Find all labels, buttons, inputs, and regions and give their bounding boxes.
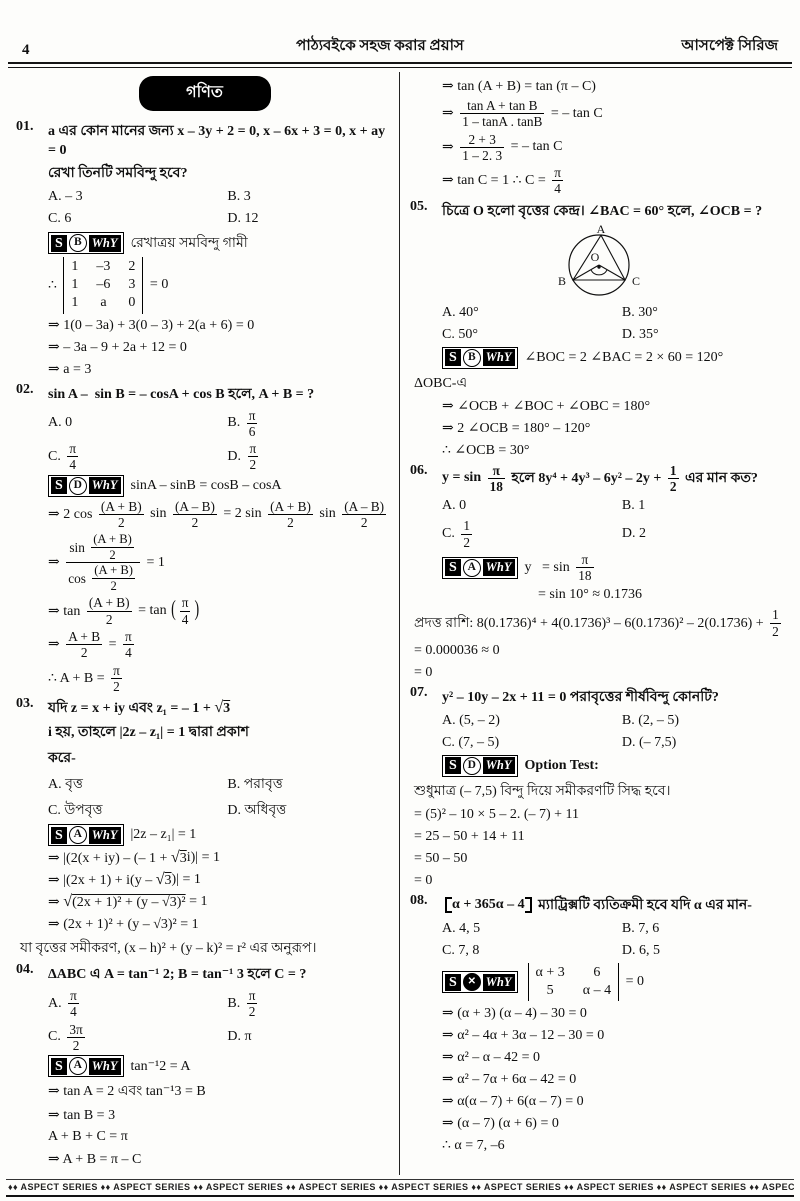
question-line: 07.y² – 10y – 2x + 11 = 0 পরাবৃত্তের শীর… [410, 685, 788, 709]
option-cell: A. (5, – 2) [442, 713, 622, 729]
book-page: 4 পাঠ্যবইকে সহজ করার প্রয়াস আসপেক্ট সির… [0, 0, 800, 1201]
solution-line: SBWhYরেখাত্রয় সমবিন্দু গামী [48, 231, 393, 255]
fraction: (A + B)2 [91, 532, 134, 562]
big-paren: ( [171, 599, 176, 624]
text-run: ⇒ – 3a – 9 + 2a + 12 = 0 [48, 339, 187, 356]
denominator: 2 [92, 578, 135, 594]
text-run: π [113, 663, 120, 678]
text-run: B. (2, – 5) [622, 713, 679, 729]
badge-s-label: S [51, 827, 67, 844]
text-run: 2 [361, 515, 368, 530]
left-column: গণিত01.a এর কোন মানের জন্য x – 3y + 2 = … [6, 72, 400, 1175]
text-run: 18 [578, 568, 591, 583]
radicand: (2x + 1)² + (y – √3)² [72, 895, 186, 911]
badge-why-label: WhY [483, 559, 515, 576]
text-run: i হয়, তাহলে |2z – z₁| = 1 দ্বারা প্রকাশ [48, 720, 249, 744]
question-text: α + 365α – 4 ম্যাট্রিক্সটি ব্যতিক্রমী হব… [442, 893, 788, 917]
fraction: 12 [770, 607, 781, 639]
text-run: যা বৃত্তের সমীকরণ, (x – h)² + (y – k)² =… [20, 936, 316, 960]
radicand: 3 [223, 701, 230, 717]
math-line: = 50 – 50 [414, 849, 788, 869]
text-run: (A – B) [344, 499, 384, 514]
denominator: 2 [248, 456, 259, 472]
text-run: 2 [73, 1038, 80, 1053]
text-run: 2 [118, 515, 125, 530]
text-run: B. [227, 415, 243, 431]
question-text-continued: রেখা তিনটি সমবিন্দু হবে? [48, 161, 393, 185]
numerator: π [123, 629, 134, 644]
text-run: sinA – sinB = cosB – cosA [131, 478, 282, 494]
math-line: ∴ 1–321–631a0 = 0 [48, 257, 393, 314]
denominator: 1 – 2. 3 [460, 147, 504, 163]
numerator: 3π [67, 1022, 84, 1037]
denominator: 4 [180, 611, 191, 627]
question-text: a এর কোন মানের জন্য x – 3y + 2 = 0, x – … [48, 119, 393, 159]
badge-s-label: S [51, 235, 67, 252]
text-run: a এর কোন মানের জন্য x – 3y + 2 = 0, x – … [48, 119, 393, 159]
question-number: 01. [16, 119, 48, 135]
radical-icon: √ [171, 849, 180, 867]
text-run: C. 50° [442, 327, 478, 343]
math-line: ⇒ ∠OCB + ∠BOC + ∠OBC = 180° [442, 397, 788, 417]
options-row: C. 7, 8D. 6, 5 [442, 941, 788, 961]
text-run: B. [227, 996, 243, 1012]
text-run: ⇒ [48, 894, 63, 911]
fraction: π18 [488, 463, 505, 495]
math-line: ⇒ α² – 4α + 3α – 12 – 30 = 0 [442, 1025, 788, 1045]
denominator: 2 [66, 644, 102, 660]
text-run: 2 [192, 515, 199, 530]
math-line: ⇒ tan (A + B)2 = tan (π4) [48, 595, 393, 627]
fraction: sin (A + B)2cos (A + B)2 [66, 532, 140, 593]
question-line: 01.a এর কোন মানের জন্য x – 3y + 2 = 0, x… [16, 119, 393, 159]
matrix-cell: 6 [583, 964, 611, 982]
option-cell: B. π2 [227, 988, 393, 1020]
text-run: 4 [69, 457, 76, 472]
text-run: 3π [69, 1022, 82, 1037]
question-line: 03.যদি z = x + iy এবং z₁ = – 1 + √3i হয়… [16, 696, 393, 744]
text-run: প্রদত্ত রাশি: 8(0.1736)⁴ + 4(0.1736)³ – … [414, 611, 767, 635]
option-cell: C. 12 [442, 518, 622, 550]
matrix-cell: 1 [71, 258, 78, 276]
figure-label-B: B [558, 274, 566, 288]
text-run: করে- [48, 746, 76, 770]
question-line: 06.y = sin π18 হলে 8y⁴ + 4y³ – 6y² – 2y … [410, 463, 788, 495]
text-run: π [125, 629, 132, 644]
badge-s-label: S [445, 974, 461, 991]
option-cell: C. 6 [48, 211, 227, 227]
matrix-cell: 1 [71, 294, 78, 312]
text-run: 4 [125, 645, 132, 660]
math-line: ΔOBC-এ [414, 371, 788, 395]
radical-icon: √ [156, 871, 165, 889]
denominator: 2 [247, 1003, 258, 1019]
text-run: 2 [81, 645, 88, 660]
math-line: ⇒ A + B2 = π4 [48, 629, 393, 661]
solution-text: sinA – sinB = cosB – cosA [131, 478, 282, 494]
math-line: ∴ α = 7, –6 [442, 1135, 788, 1155]
fraction: (A + B)2 [92, 563, 135, 593]
badge-why-label: WhY [483, 974, 515, 991]
text-run: B. 7, 6 [622, 921, 659, 937]
text-run: |2z – z₁| = 1 [131, 827, 197, 843]
text-run: যদি z = x + iy এবং z₁ = – 1 + [48, 696, 214, 720]
fraction: π4 [123, 629, 134, 661]
header-center-title: পাঠ্যবইকে সহজ করার প্রয়াস [142, 34, 618, 59]
answer-letter: B [463, 349, 481, 367]
text-run: π [249, 408, 256, 423]
text-run: B. 1 [622, 498, 645, 514]
determinant: α + 365α – 4 [528, 963, 620, 1001]
fraction: tan A + tan B1 – tanA . tanB [460, 98, 544, 130]
text-run: 2 [113, 679, 120, 694]
matrix-cell: 0 [128, 294, 135, 312]
numerator: 2 + 3 [460, 132, 504, 147]
text-run: = – tan C [507, 139, 562, 155]
big-paren: ) [194, 599, 199, 624]
solution-text: tan⁻¹2 = A [131, 1058, 191, 1075]
text-run: π [250, 441, 257, 456]
text-run: 3 [165, 873, 172, 888]
text-run: ⇒ [48, 554, 63, 571]
math-line: = 0.000036 ≈ 0 [414, 641, 788, 661]
square-root: √3 [171, 849, 187, 867]
solution-line: SDWhYOption Test: [442, 755, 788, 777]
solution-text: |2z – z₁| = 1 [131, 827, 197, 843]
text-run: π [70, 988, 77, 1003]
math-line: ⇒ α² – α – 42 = 0 [442, 1047, 788, 1067]
figure-label-C: C [632, 274, 640, 288]
text-run: 3 [180, 851, 187, 866]
numerator: tan A + tan B [460, 98, 544, 113]
text-run: ⇒ [442, 105, 457, 122]
question-text-continued: করে- [48, 746, 393, 770]
matrix-cell: a [96, 294, 110, 312]
text-run: ⇒ |(2x + 1) + i(y – [48, 872, 156, 889]
text-run: ⇒ tan (A + B) = tan (π – C) [442, 78, 596, 95]
numerator: 1 [668, 463, 679, 478]
solution-line: SAWhY|2z – z₁| = 1 [48, 824, 393, 846]
solution-text: α + 365α – 4 = 0 [525, 963, 644, 1001]
math-line: ⇒ tan (A + B) = tan (π – C) [442, 76, 788, 96]
text-run: ⇒ ∠OCB + ∠BOC + ∠OBC = 180° [442, 398, 650, 415]
math-line: ⇒ |(2x + 1) + i(y – √3)| = 1 [48, 870, 393, 890]
math-line: প্রদত্ত রাশি: 8(0.1736)⁴ + 4(0.1736)³ – … [414, 607, 788, 639]
text-run: রেখাত্রয় সমবিন্দু গামী [131, 231, 248, 255]
options-row: A. বৃত্তB. পরাবৃত্ত [48, 772, 393, 796]
numerator: sin (A + B)2 [66, 532, 140, 562]
option-cell: B. পরাবৃত্ত [227, 772, 393, 796]
math-line: ⇒ |(2(x + iy) – (– 1 + √3i)| = 1 [48, 848, 393, 868]
page-number: 4 [22, 42, 142, 59]
text-run: ⇒ [442, 139, 457, 156]
numerator: π [111, 663, 122, 678]
text-run: ΔOBC-এ [414, 371, 467, 395]
question-text: চিত্রে O হলো বৃত্তের কেন্দ্র। ∠BAC = 60°… [442, 199, 788, 223]
text-run: y² – 10y – 2x + 11 = 0 পরাবৃত্তের শীর্ষব… [442, 685, 719, 709]
question-number: 02. [16, 382, 48, 398]
numerator: π [248, 441, 259, 456]
options-row: C. 12D. 2 [442, 518, 788, 550]
matrix-cell: 1 [71, 276, 78, 294]
text-run: 3 [223, 701, 230, 716]
option-cell: D. অধিবৃত্ত [227, 798, 393, 822]
solution-badge: SAWhY [442, 557, 518, 579]
math-line: ⇒ 2 + 31 – 2. 3 = – tan C [442, 132, 788, 164]
text-run: ম্যাট্রিক্সটি ব্যতিক্রমী হবে যদি α এর মা… [535, 893, 752, 917]
text-run: D. π [227, 1029, 251, 1045]
mat-grid: α + 365α – 4 [452, 897, 525, 913]
text-run: হলে 8y⁴ + 4y³ – 6y² – 2y + [508, 466, 665, 490]
math-line: ⇒ (α + 3) (α – 4) – 30 = 0 [442, 1003, 788, 1023]
denominator: 2 [342, 514, 386, 530]
text-run: ⇒ α(α – 7) + 6(α – 7) = 0 [442, 1093, 584, 1110]
text-run: = 0 [414, 665, 432, 681]
text-run: ∴ ∠OCB = 30° [442, 442, 529, 459]
text-run: (A + B) [101, 499, 142, 514]
numerator: (A + B) [91, 532, 134, 547]
matrix-cell: –6 [96, 276, 110, 294]
numerator: (A – B) [173, 499, 217, 514]
option-cell: C. উপবৃত্ত [48, 798, 227, 822]
text-run: 4 [182, 612, 189, 627]
math-line: ⇒ tan B = 3 [48, 1105, 393, 1125]
determinant-bar [618, 963, 619, 1001]
text-run: = 0 [622, 974, 644, 990]
matrix-cell: α – 4 [496, 897, 525, 912]
matrix-cell: 3 [128, 276, 135, 294]
matrix-cell: 5 [536, 982, 565, 1000]
denominator: 1 – tanA . tanB [460, 113, 544, 129]
text-run: π [554, 165, 561, 180]
math-line: A + B + C = π [48, 1127, 393, 1147]
math-line: ⇒ α(α – 7) + 6(α – 7) = 0 [442, 1091, 788, 1111]
header-right-title: আসপেক্ট সিরিজ [618, 34, 778, 59]
math-line: ⇒ α² – 7α + 6α – 42 = 0 [442, 1069, 788, 1089]
question-line: 04.ΔABC এ A = tan⁻¹ 2; B = tan⁻¹ 3 হলে C… [16, 962, 393, 986]
text-run: = sin 10° ≈ 0.1736 [538, 587, 642, 603]
option-cell: B. π6 [227, 408, 393, 440]
page-header: 4 পাঠ্যবইকে সহজ করার প্রয়াস আসপেক্ট সির… [6, 34, 794, 61]
denominator: 18 [576, 567, 593, 583]
options-row: C. উপবৃত্তD. অধিবৃত্ত [48, 798, 393, 822]
text-run: (A + B) [270, 499, 311, 514]
denominator: 2 [99, 514, 144, 530]
text-run: 2 [249, 1004, 256, 1019]
text-run: Option Test: [525, 758, 599, 774]
option-cell: B. 30° [622, 305, 788, 321]
circle-figure: AOBC [410, 225, 788, 301]
math-line: ⇒ (α – 7) (α + 6) = 0 [442, 1113, 788, 1133]
text-run: ⇒ 2 cos [48, 506, 96, 523]
denominator: 18 [488, 478, 505, 494]
fraction: 2 + 31 – 2. 3 [460, 132, 504, 164]
option-cell: C. (7, – 5) [442, 735, 622, 751]
question-line: 08.α + 365α – 4 ম্যাট্রিক্সটি ব্যতিক্রমী… [410, 893, 788, 917]
solution-text: Option Test: [525, 758, 599, 774]
option-cell: B. (2, – 5) [622, 713, 788, 729]
denominator: 2 [87, 611, 132, 627]
text-run: A. 40° [442, 305, 479, 321]
numerator: 1 [770, 607, 781, 622]
square-root: √3 [156, 871, 172, 889]
text-run: D. [227, 449, 244, 465]
text-run: π [249, 988, 256, 1003]
denominator: 2 [173, 514, 217, 530]
math-line: = sin 10° ≈ 0.1736 [538, 585, 788, 605]
text-run: i)| = 1 [187, 850, 220, 866]
text-run: y = sin [525, 560, 574, 576]
option-cell: A. 0 [442, 498, 622, 514]
denominator: 2 [111, 678, 122, 694]
text-run: tan⁻¹2 = A [131, 1058, 191, 1075]
denominator: 2 [268, 514, 313, 530]
text-run: D. অধিবৃত্ত [227, 798, 286, 822]
denominator: 2 [461, 534, 472, 550]
figure-label-O: O [591, 250, 600, 264]
header-rule [8, 62, 792, 68]
text-run: A. – 3 [48, 189, 83, 205]
option-cell: D. 35° [622, 327, 788, 343]
option-cell: A. π4 [48, 988, 227, 1020]
math-line: ⇒ 1(0 – 3a) + 3(0 – 3) + 2(a + 6) = 0 [48, 316, 393, 336]
solution-badge: SAWhY [48, 824, 124, 846]
fraction: π6 [247, 408, 258, 440]
answer-letter: A [69, 1057, 87, 1075]
numerator: π [576, 552, 593, 567]
text-run: (2x + 1)² + (y – √3)² [72, 895, 186, 910]
determinant-bar [142, 257, 143, 314]
text-run: ⇒ α² – α – 42 = 0 [442, 1049, 540, 1066]
numerator: π [67, 441, 78, 456]
text-run: 2 [287, 515, 294, 530]
text-run: tan A + tan B [467, 98, 537, 113]
option-cell: B. 1 [622, 498, 788, 514]
badge-why-label: WhY [483, 757, 515, 774]
circle-figure-svg: AOBC [514, 225, 684, 301]
question-number: 08. [410, 893, 442, 909]
figure-label-A: A [597, 225, 606, 236]
option-cell: C. π4 [48, 441, 227, 473]
text-run: ⇒ |(2(x + iy) – (– 1 + [48, 850, 171, 867]
matrix-cell: 6 [482, 897, 489, 912]
matrix-cell: 2 [128, 258, 135, 276]
fraction: (A – B)2 [342, 499, 386, 531]
text-run: y = sin [442, 470, 485, 486]
text-run: ⇒ 1(0 – 3a) + 3(0 – 3) + 2(a + 6) = 0 [48, 317, 254, 334]
text-run: = 1 [143, 555, 165, 571]
text-run: ⇒ tan A = 2 এবং tan⁻¹3 = B [48, 1079, 206, 1103]
matrix-cell: 5 [489, 897, 496, 912]
option-cell: A. 4, 5 [442, 921, 622, 937]
fraction: π18 [576, 552, 593, 584]
question-text: ΔABC এ A = tan⁻¹ 2; B = tan⁻¹ 3 হলে C = … [48, 962, 393, 986]
question-text: y = sin π18 হলে 8y⁴ + 4y³ – 6y² – 2y + 1… [442, 463, 788, 495]
denominator: 4 [68, 1003, 79, 1019]
fraction: π4 [67, 441, 78, 473]
fraction: π2 [111, 663, 122, 695]
options-row: C. 50°D. 35° [442, 325, 788, 345]
math-line: যা বৃত্তের সমীকরণ, (x – h)² + (y – k)² =… [20, 936, 393, 960]
text-run: C. 7, 8 [442, 943, 479, 959]
math-line: ∴ A + B = π2 [48, 663, 393, 695]
question-number: 05. [410, 199, 442, 215]
text-run: = 0 [146, 277, 168, 293]
option-cell: A. বৃত্ত [48, 772, 227, 796]
text-run: = (5)² – 10 × 5 – 2. (– 7) + 11 [414, 807, 579, 823]
numerator: A + B [66, 629, 102, 644]
text-run: A. 4, 5 [442, 921, 480, 937]
math-line: ⇒ a = 3 [48, 360, 393, 380]
determinant: 1–321–631a0 [63, 257, 143, 314]
question-text: y² – 10y – 2x + 11 = 0 পরাবৃত্তের শীর্ষব… [442, 685, 788, 709]
text-run: ⇒ tan B = 3 [48, 1107, 115, 1124]
text-run: sin [69, 540, 88, 555]
text-run: (A + B) [89, 595, 130, 610]
options-row: C. (7, – 5)D. (– 7,5) [442, 733, 788, 753]
denominator: 4 [67, 456, 78, 472]
fraction: π2 [247, 988, 258, 1020]
answer-letter: A [69, 826, 87, 844]
text-run: ⇒ tan [48, 603, 84, 620]
options-row: A. 4, 5B. 7, 6 [442, 919, 788, 939]
fraction: 3π2 [67, 1022, 84, 1054]
denominator: 2 [67, 1037, 84, 1053]
solution-text: y = sin π18 [525, 552, 597, 584]
fraction: (A + B)2 [268, 499, 313, 531]
text-run: 2 [109, 548, 115, 563]
text-run: ⇒ (α – 7) (α + 6) = 0 [442, 1115, 559, 1132]
badge-s-label: S [51, 477, 67, 494]
math-line: ∴ ∠OCB = 30° [442, 441, 788, 461]
fraction: π4 [68, 988, 79, 1020]
det-grid: α + 365α – 4 [529, 963, 619, 1001]
square-root: √3 [214, 699, 230, 717]
matrix-cell: α + 3 [536, 964, 565, 982]
option-cell: A. 0 [48, 415, 227, 431]
question-number: 06. [410, 463, 442, 479]
text-run: ∴ α = 7, –6 [442, 1137, 505, 1154]
text-run: A. [48, 996, 65, 1012]
math-line: ⇒ tan A + tan B1 – tanA . tanB = – tan C [442, 98, 788, 130]
question-text: যদি z = x + iy এবং z₁ = – 1 + √3i হয়, ত… [48, 696, 393, 744]
question-number: 03. [16, 696, 48, 712]
math-line: শুধুমাত্র (– 7,5) বিন্দু দিয়ে সমীকরণটি … [414, 779, 788, 803]
text-run: ∴ A + B = [48, 670, 108, 687]
option-cell: C. 3π2 [48, 1022, 227, 1054]
text-run: = 25 – 50 + 14 + 11 [414, 829, 525, 845]
math-line: ⇒ 2 cos (A + B)2 sin (A – B)2 = 2 sin (A… [48, 499, 393, 531]
numerator: (A + B) [99, 499, 144, 514]
fraction: 12 [461, 518, 472, 550]
denominator: 2 [668, 478, 679, 494]
text-run: 2 [250, 457, 257, 472]
numerator: (A + B) [92, 563, 135, 578]
options-row: A. (5, – 2)B. (2, – 5) [442, 711, 788, 731]
text-run: C. [48, 449, 64, 465]
options-row: C. 3π2D. π [48, 1022, 393, 1054]
text-run: রেখা তিনটি সমবিন্দু হবে? [48, 161, 187, 185]
text-run: (A + B) [94, 563, 133, 578]
option-cell: B. 7, 6 [622, 921, 788, 937]
text-run: B. 30° [622, 305, 658, 321]
text-run: ΔABC এ A = tan⁻¹ 2; B = tan⁻¹ 3 হলে C = … [48, 962, 306, 986]
solution-badge: SDWhY [48, 475, 124, 497]
numerator: π [247, 988, 258, 1003]
solution-badge: SAWhY [48, 1055, 124, 1077]
solution-badge: SDWhY [442, 755, 518, 777]
badge-why-label: WhY [89, 827, 121, 844]
